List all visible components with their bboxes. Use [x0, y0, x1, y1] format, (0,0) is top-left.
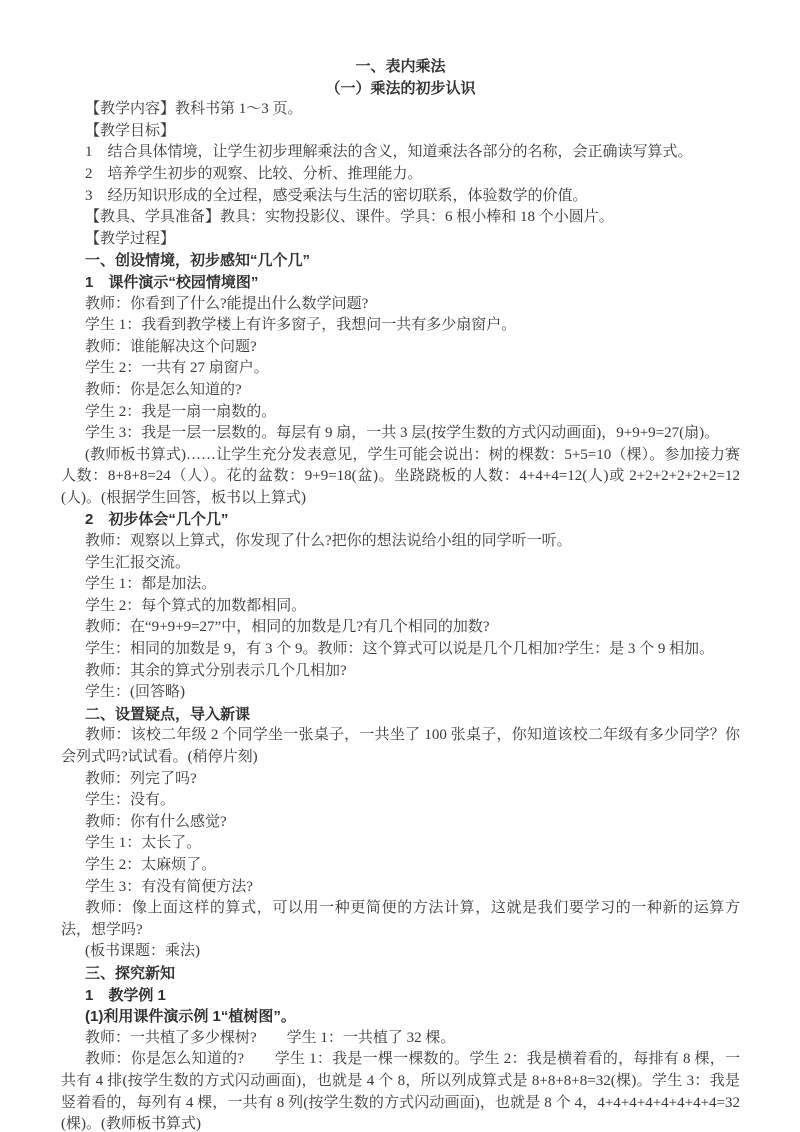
section-heading-1: 一、创设情境，初步感知“几个几” — [61, 250, 740, 272]
paragraph-goal-3: 3 经历知识形成的全过程，感受乘法与生活的密切联系，体验数学的价值。 — [61, 186, 740, 208]
paragraph: 教师：谁能解决这个问题? — [61, 337, 740, 359]
paragraph: 教师：你看到了什么?能提出什么数学问题? — [61, 294, 740, 316]
paragraph: 教师：你是怎么知道的? 学生 1：我是一棵一棵数的。学生 2：我是横着看的，每排… — [61, 1049, 740, 1132]
section-heading-3: 三、探究新知 — [61, 963, 740, 985]
subsection-heading-1-1: 1 课件演示“校园情境图” — [61, 272, 740, 294]
subsection-heading-3-1: 1 教学例 1 — [61, 985, 740, 1007]
paragraph: (板书课题：乘法) — [61, 941, 740, 963]
paragraph: 教师：一共植了多少棵树? 学生 1：一共植了 32 棵。 — [61, 1028, 740, 1050]
document-subtitle: （一）乘法的初步认识 — [61, 78, 740, 100]
paragraph: 学生 2：每个算式的加数都相同。 — [61, 596, 740, 618]
paragraph: (教师板书算式)……让学生充分发表意见，学生可能会说出：树的棵数：5+5=10（… — [61, 445, 740, 510]
paragraph: 教师：你是怎么知道的? — [61, 380, 740, 402]
paragraph: 学生 1：都是加法。 — [61, 574, 740, 596]
paragraph: 学生：相同的加数是 9，有 3 个 9。教师：这个算式可以说是几个几相加?学生：… — [61, 639, 740, 661]
subsection-heading-3-1-1: (1)利用课件演示例 1“植树图”。 — [61, 1006, 740, 1028]
paragraph: 教师：该校二年级 2 个同学坐一张桌子，一共坐了 100 张桌子，你知道该校二年… — [61, 725, 740, 768]
section-heading-2: 二、设置疑点，导入新课 — [61, 704, 740, 726]
document-title: 一、表内乘法 — [61, 56, 740, 78]
paragraph: 学生 3：我是一层一层数的。每层有 9 扇，一共 3 层(按学生数的方式闪动画面… — [61, 423, 740, 445]
subsection-heading-1-2: 2 初步体会“几个几” — [61, 509, 740, 531]
paragraph: 学生：(回答略) — [61, 682, 740, 704]
paragraph-goal-1: 1 结合具体情境，让学生初步理解乘法的含义，知道乘法各部分的名称，会正确读写算式… — [61, 142, 740, 164]
paragraph: 学生 3：有没有简便方法? — [61, 877, 740, 899]
paragraph: 学生 1：太长了。 — [61, 833, 740, 855]
paragraph: 学生 2：我是一扇一扇数的。 — [61, 402, 740, 424]
paragraph: 教师：列完了吗? — [61, 769, 740, 791]
paragraph-process-label: 【教学过程】 — [61, 229, 740, 251]
paragraph: 学生汇报交流。 — [61, 553, 740, 575]
paragraph-goal-2: 2 培养学生初步的观察、比较、分析、推理能力。 — [61, 164, 740, 186]
paragraph: 教师：其余的算式分别表示几个几相加? — [61, 661, 740, 683]
lesson-plan-document: 一、表内乘法 （一）乘法的初步认识 【教学内容】教科书第 1～3 页。 【教学目… — [61, 56, 740, 1132]
paragraph-materials: 【教具、学具准备】教具：实物投影仪、课件。学具：6 根小棒和 18 个小圆片。 — [61, 207, 740, 229]
paragraph: 教师：像上面这样的算式，可以用一种更简便的方法计算，这就是我们要学习的一种新的运… — [61, 898, 740, 941]
paragraph: 学生 2：一共有 27 扇窗户。 — [61, 358, 740, 380]
paragraph-teaching-content: 【教学内容】教科书第 1～3 页。 — [61, 99, 740, 121]
paragraph: 学生：没有。 — [61, 790, 740, 812]
paragraph: 学生 1：我看到教学楼上有许多窗子，我想问一共有多少扇窗户。 — [61, 315, 740, 337]
paragraph: 学生 2：太麻烦了。 — [61, 855, 740, 877]
paragraph: 教师：在“9+9+9=27”中，相同的加数是几?有几个相同的加数? — [61, 617, 740, 639]
paragraph: 教师：观察以上算式，你发现了什么?把你的想法说给小组的同学听一听。 — [61, 531, 740, 553]
paragraph-teaching-goals-label: 【教学目标】 — [61, 121, 740, 143]
paragraph: 教师：你有什么感觉? — [61, 812, 740, 834]
